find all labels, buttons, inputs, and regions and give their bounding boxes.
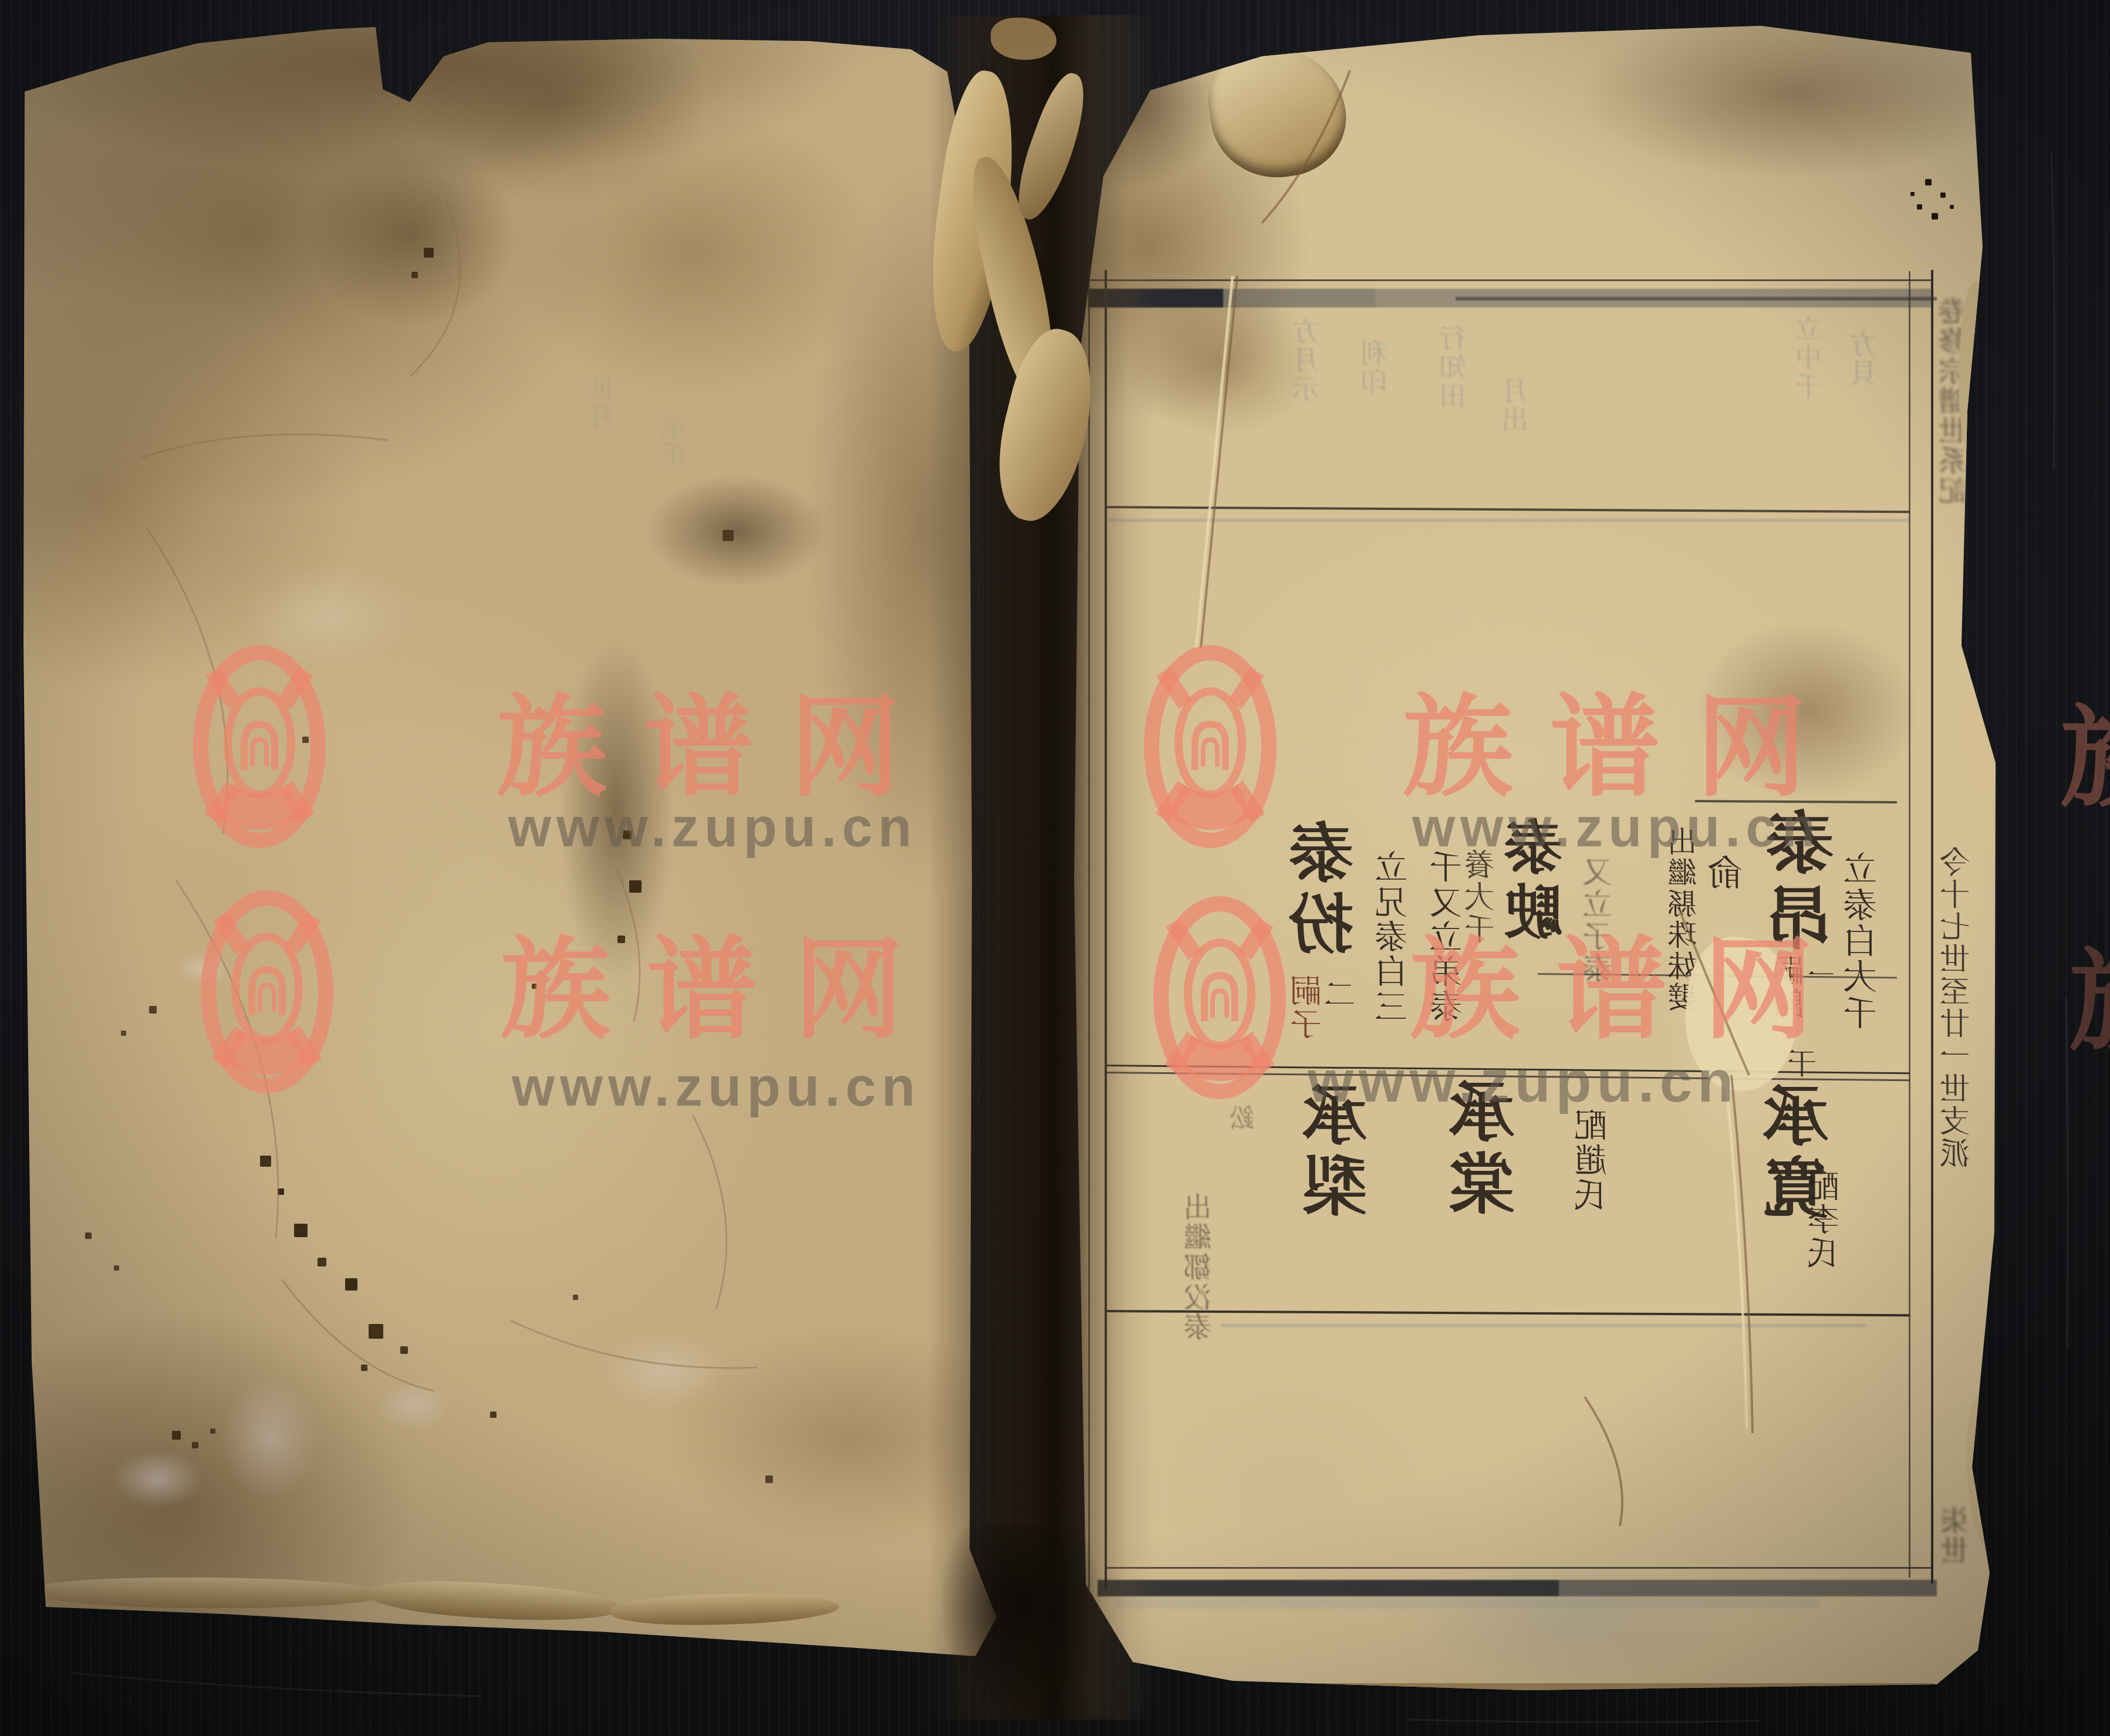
zupu-logo-icon [1143, 886, 1296, 1109]
watermark-brand: 族谱网 [500, 901, 940, 1059]
watermark-edge-fragment: 族 [2060, 669, 2110, 828]
photo-canvas: 世月 示正 方月示 利印 行知田 月出 立中千 方 [0, 0, 2110, 1736]
zupu-logo-icon [183, 635, 336, 858]
zupu-logo-icon [191, 880, 343, 1103]
watermark-brand: 族谱网 [497, 658, 937, 817]
watermark-url: www.zupu.cn [512, 1055, 920, 1119]
zupu-logo-icon [1134, 635, 1287, 858]
watermark-brand: 族谱网 [1410, 901, 1850, 1059]
watermark-edge-fragment: 族 [2069, 913, 2110, 1071]
watermark-url: www.zupu.cn [1412, 796, 1821, 859]
watermark-url: www.zupu.cn [1308, 1048, 1738, 1116]
watermark-brand: 族谱网 [1403, 658, 1843, 817]
watermark-url: www.zupu.cn [508, 796, 917, 859]
crease-lines [0, 0, 2110, 1736]
